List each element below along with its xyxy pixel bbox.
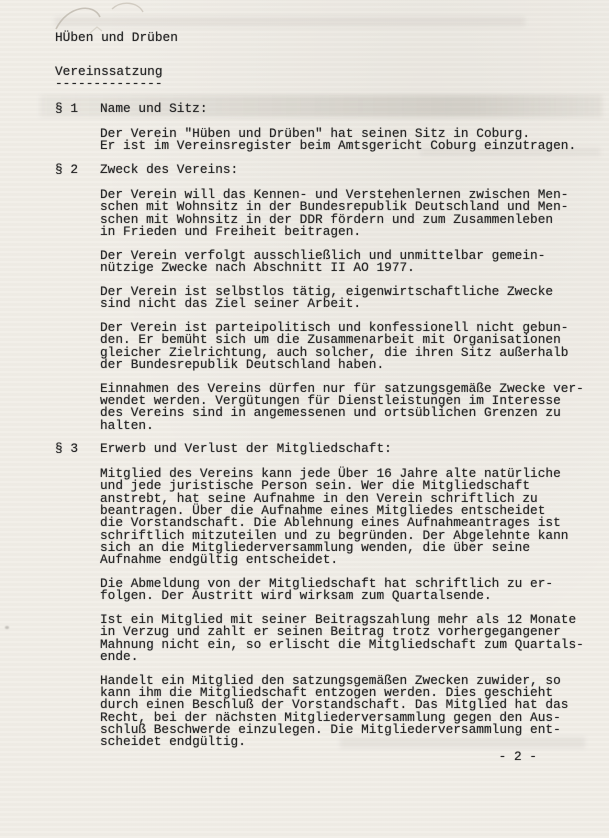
scan-speck (5, 626, 9, 629)
document-content: HÜben und Drüben Vereinssatzung --------… (55, 32, 589, 760)
paragraph: Der Verein ist selbstlos tätig, eigenwir… (100, 286, 589, 311)
section-2-marker: § 2 (55, 164, 100, 176)
section-3-marker: § 3 (55, 443, 100, 455)
section-2-heading: Zweck des Vereins: (100, 164, 589, 176)
section-1-marker: § 1 (55, 103, 100, 115)
paragraph: Der Verein will das Kennen- und Verstehe… (100, 189, 589, 238)
paragraph: Der Verein ist parteipolitisch und konfe… (100, 322, 589, 371)
scan-smudge (55, 17, 525, 26)
page-number: - 2 - (499, 751, 537, 763)
section-1-body: Name und Sitz: Der Verein "Hüben und Drü… (100, 103, 589, 164)
section-3-body: Erwerb und Verlust der Mitgliedschaft: M… (100, 443, 589, 760)
title-underline: -------------- (55, 78, 589, 90)
section-1-heading: Name und Sitz: (100, 103, 589, 115)
section-1: § 1 Name und Sitz: Der Verein "Hüben und… (55, 103, 589, 164)
section-3-heading: Erwerb und Verlust der Mitgliedschaft: (100, 443, 589, 455)
paragraph: Der Verein verfolgt ausschließlich und u… (100, 250, 589, 275)
paragraph: Ist ein Mitglied mit seiner Beitragszahl… (100, 614, 589, 663)
paragraph: Die Abmeldung von der Mitgliedschaft hat… (100, 578, 589, 603)
scanned-document-page: HÜben und Drüben Vereinssatzung --------… (0, 0, 609, 838)
paragraph: Handelt ein Mitglied den satzungsgemäßen… (100, 675, 589, 749)
paragraph: Mitglied des Vereins kann jede Über 16 J… (100, 468, 589, 566)
paragraph: Einnahmen des Vereins dürfen nur für sat… (100, 383, 589, 432)
paragraph: Der Verein "Hüben und Drüben" hat seinen… (100, 128, 589, 153)
section-3: § 3 Erwerb und Verlust der Mitgliedschaf… (55, 443, 589, 760)
section-2-body: Zweck des Vereins: Der Verein will das K… (100, 164, 589, 443)
section-2: § 2 Zweck des Vereins: Der Verein will d… (55, 164, 589, 443)
letterhead: HÜben und Drüben (55, 32, 589, 44)
